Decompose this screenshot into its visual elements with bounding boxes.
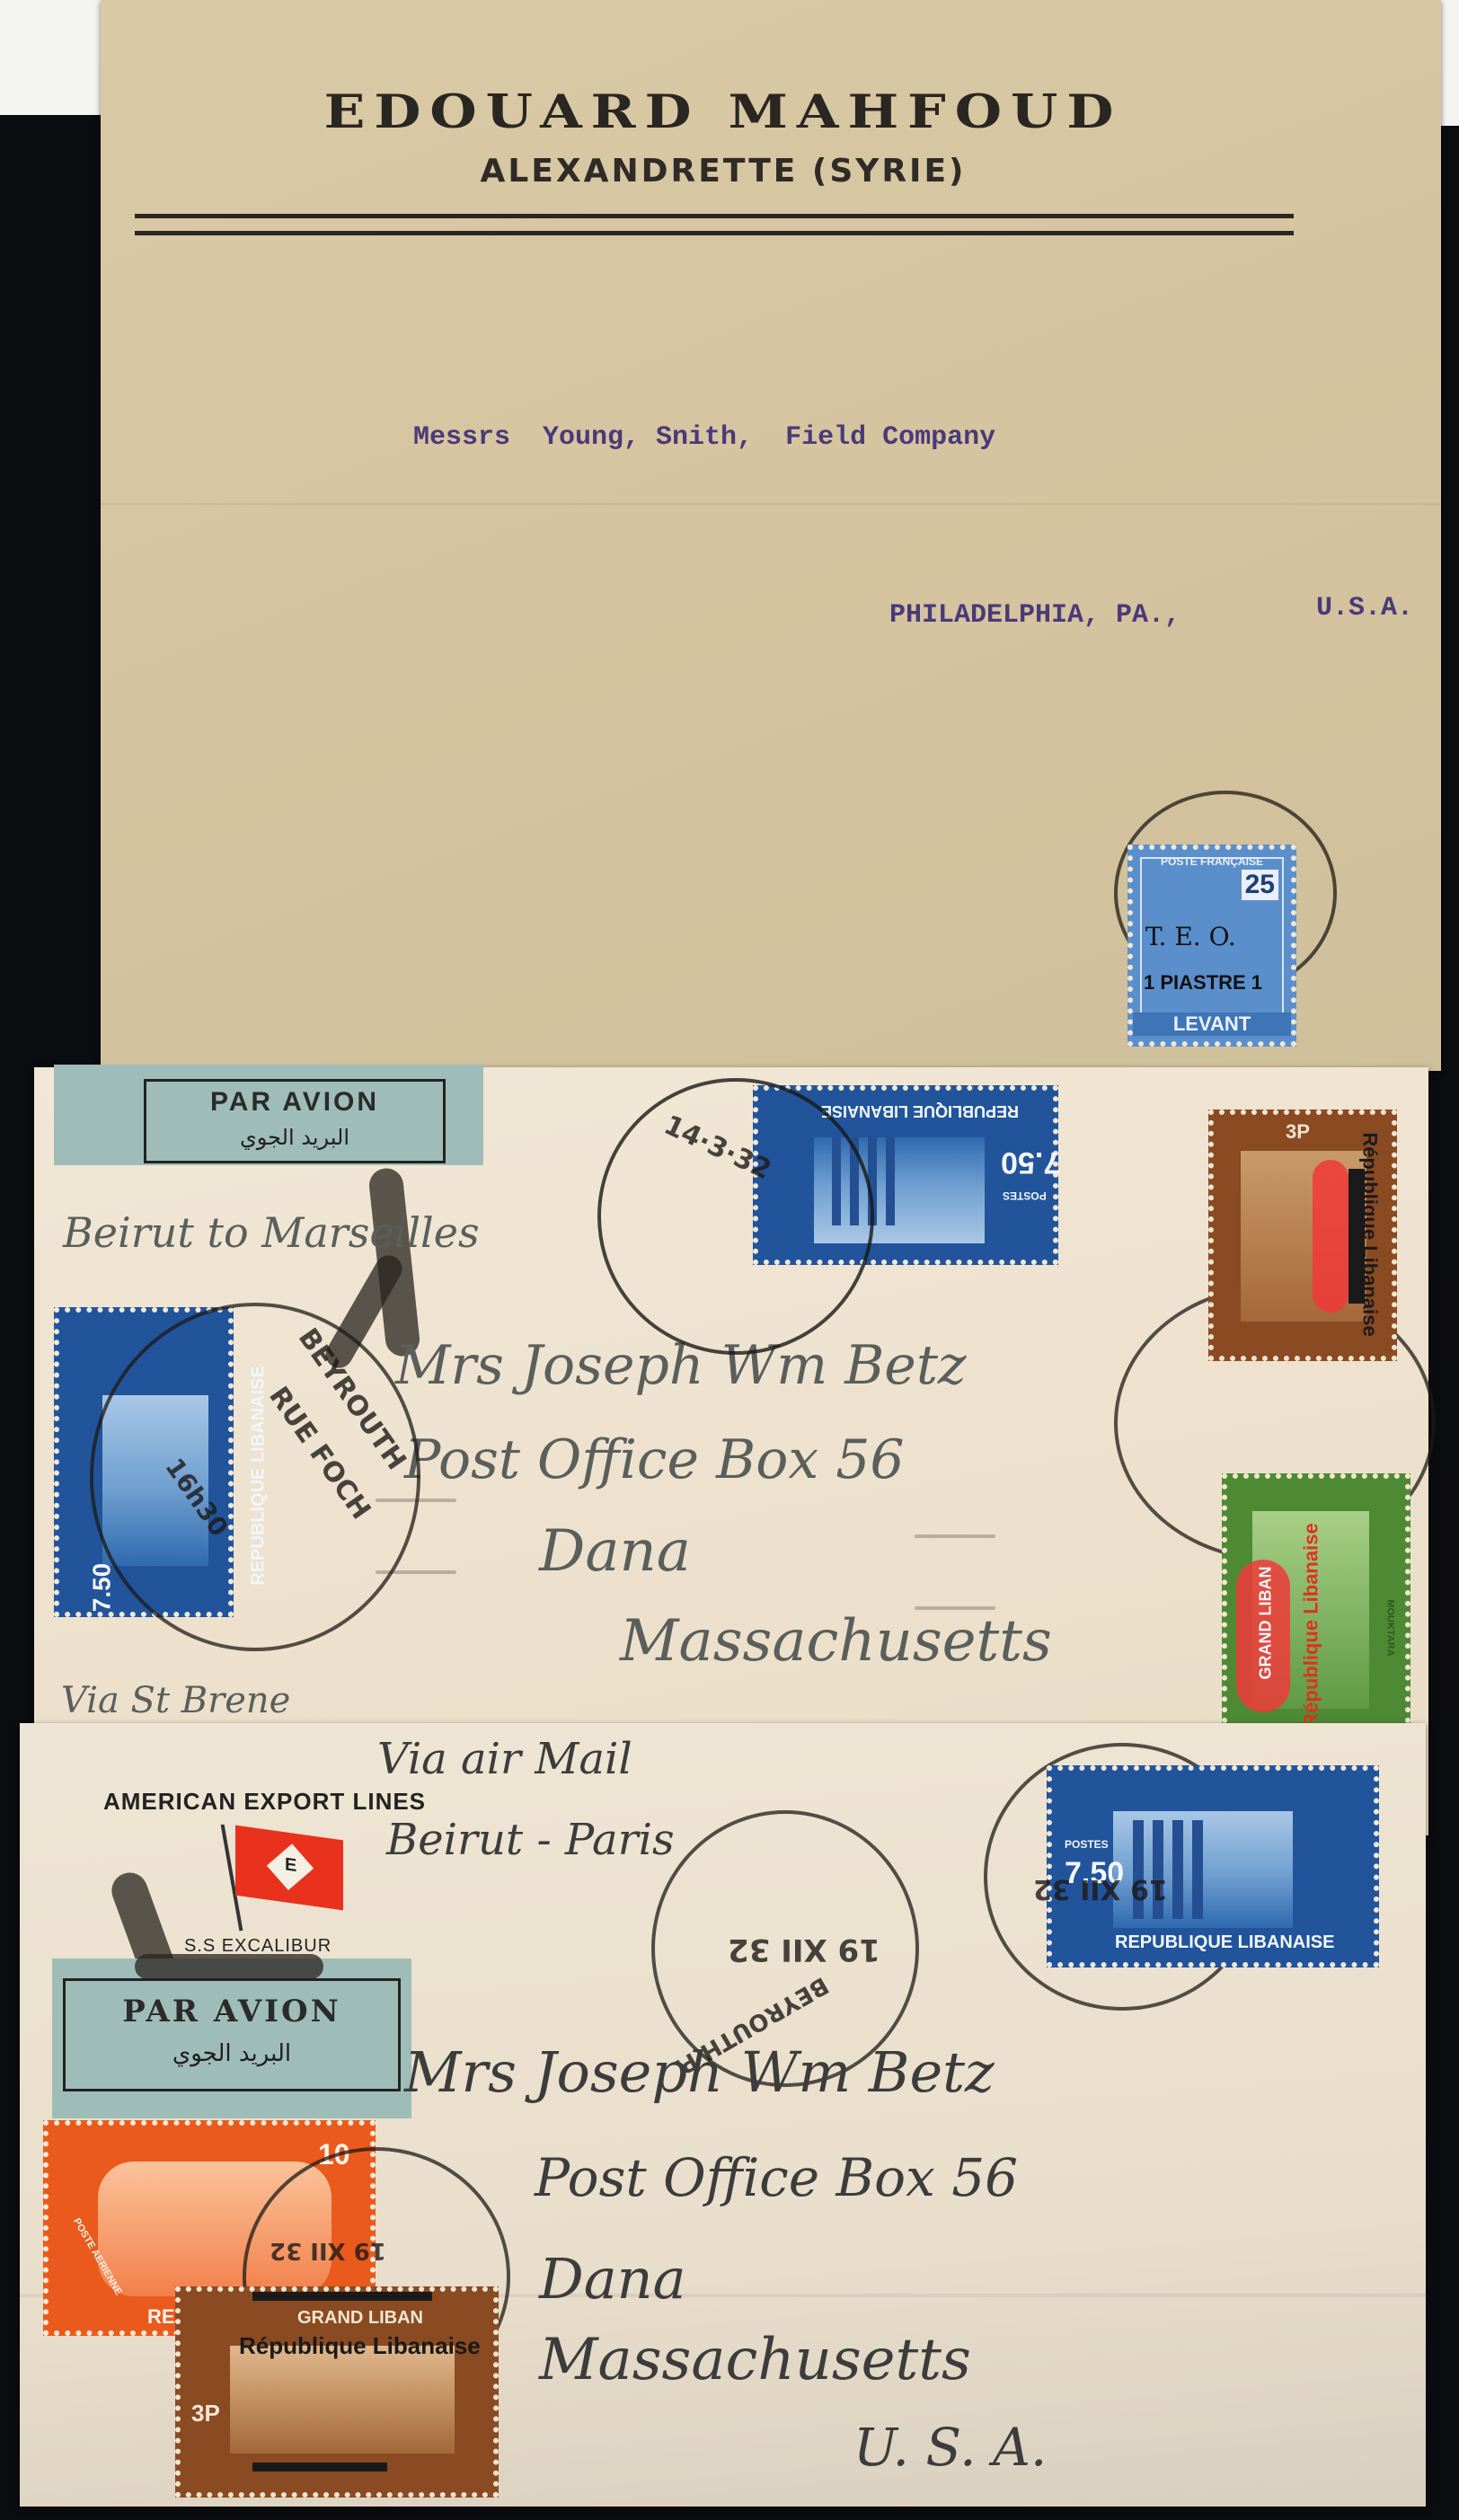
airmail-arabic: البريد الجوي [66, 2040, 398, 2067]
stamp-overprint-piastre: 1 PIASTRE 1 [1144, 971, 1262, 995]
postmark-circle [597, 1078, 874, 1355]
stamp-top-text: POSTE FRANÇAISE [1133, 855, 1291, 868]
column [886, 1137, 895, 1225]
stamp-scene-baalbek [1113, 1811, 1293, 1928]
flag-icon: E [235, 1826, 343, 1911]
black-bar-overprint [252, 2292, 432, 2301]
postmark-date: 19 XII 32 [1033, 1873, 1168, 1905]
flag-letter: E [285, 1854, 296, 1877]
stamp-overprint: République Libanaise [1358, 1132, 1382, 1336]
address-po-box: Post Office Box 56 [535, 2147, 1018, 2208]
postmark-date: 19 XII 32 [270, 2237, 386, 2264]
bottom-routing-note: Via St Brene [61, 1680, 290, 1721]
airmail-label-frame: PAR AVION البريد الجوي [63, 1978, 401, 2091]
routing-note-beirut-paris: Beirut - Paris [386, 1815, 675, 1865]
machine-cancel-wave [915, 1534, 995, 1538]
stamp-levant-25c: POSTE FRANÇAISE 25 T. E. O. 1 PIASTRE 1 … [1127, 844, 1296, 1047]
company-name: AMERICAN EXPORT LINES [103, 1788, 426, 1816]
letterhead-name: EDOUARD MAHFOUD [144, 85, 1303, 139]
column [1172, 1820, 1183, 1919]
address-state: Massachusetts [620, 1608, 1052, 1675]
address-town: Dana [539, 2246, 686, 2312]
stamp-country: REPUBLIQUE LIBANAISE [1115, 1932, 1334, 1953]
column [1192, 1820, 1203, 1919]
airmail-title: PAR AVION [66, 1994, 398, 2029]
background-white-board [0, 0, 117, 115]
stamp-scene-deir-el-kamar [230, 2346, 455, 2454]
stamp-country: REPUBLIQUE LIBANAISE [821, 1101, 1019, 1120]
address-line-1: Messrs Young, Snith, Field Company [413, 422, 995, 453]
stamp-postes-label: POSTES [1003, 1189, 1047, 1202]
fold-line [101, 503, 1441, 505]
address-state: Massachusetts [539, 2327, 971, 2393]
pen-cancel-stroke [135, 1954, 323, 1979]
stamp-lebanon-750-baalbeck: REPUBLIQUE LIBANAISE 7.50 POSTES [1047, 1765, 1379, 1967]
stamp-grand-liban-3p-overprint: République Libanaise 3P [1208, 1110, 1397, 1361]
stamp-value: 3P [191, 2400, 220, 2427]
stamp-grand-liban-airmail-overprint: République Libanaise GRAND LIBAN MOUKTAR… [1222, 1473, 1410, 1734]
postmark-circle [90, 1303, 420, 1651]
stamp-caption: MOUKTARA [1385, 1599, 1396, 1656]
routing-note: Beirut to Marseilles [63, 1208, 480, 1257]
address-town: Dana [539, 1518, 691, 1585]
airmail-label: PAR AVION البريد الجوي [54, 1065, 483, 1165]
airmail-title: PAR AVION [146, 1087, 443, 1118]
routing-note-air-mail: Via air Mail [377, 1734, 632, 1784]
black-bar-overprint [252, 2463, 387, 2471]
stamp-overprint: République Libanaise [1300, 1523, 1323, 1727]
letterhead-rule [135, 214, 1294, 235]
airmail-arabic: البريد الجوي [146, 1125, 443, 1150]
postmark-date: 19 XII 32 [728, 1932, 880, 1967]
stamp-grand-liban-3p-overprint: GRAND LIBAN République Libanaise 3P [175, 2286, 499, 2498]
stamp-country: GRAND LIBAN [297, 2308, 423, 2329]
red-airplane-overprint [1313, 1160, 1348, 1313]
stamp-value: 7.50 [1001, 1145, 1060, 1180]
stamp-postes-label: POSTES [1065, 1838, 1109, 1851]
stamp-value: 7.50 [87, 1563, 116, 1613]
stamp-country: GRAND LIBAN [1257, 1567, 1276, 1680]
airmail-label: PAR AVION البريد الجوي [52, 1959, 411, 2118]
address-country: U. S. A. [853, 2417, 1047, 2478]
stamp-bottom-text: LEVANT [1133, 1012, 1291, 1036]
stamp-value: 3P [1286, 1120, 1310, 1144]
address-city: PHILADELPHIA, PA., [889, 600, 1180, 631]
airmail-label-frame: PAR AVION البريد الجوي [144, 1079, 446, 1163]
stamp-overprint-teo: T. E. O. [1145, 922, 1236, 951]
address-country: U.S.A. [1316, 593, 1413, 623]
letterhead-city: ALEXANDRETTE (SYRIE) [144, 153, 1303, 190]
stamp-overprint: République Libanaise [239, 2332, 481, 2360]
address-po-box: Post Office Box 56 [404, 1428, 905, 1491]
stamp-value: 25 [1242, 870, 1278, 900]
address-name: Mrs Joseph Wm Betz [404, 2039, 995, 2105]
